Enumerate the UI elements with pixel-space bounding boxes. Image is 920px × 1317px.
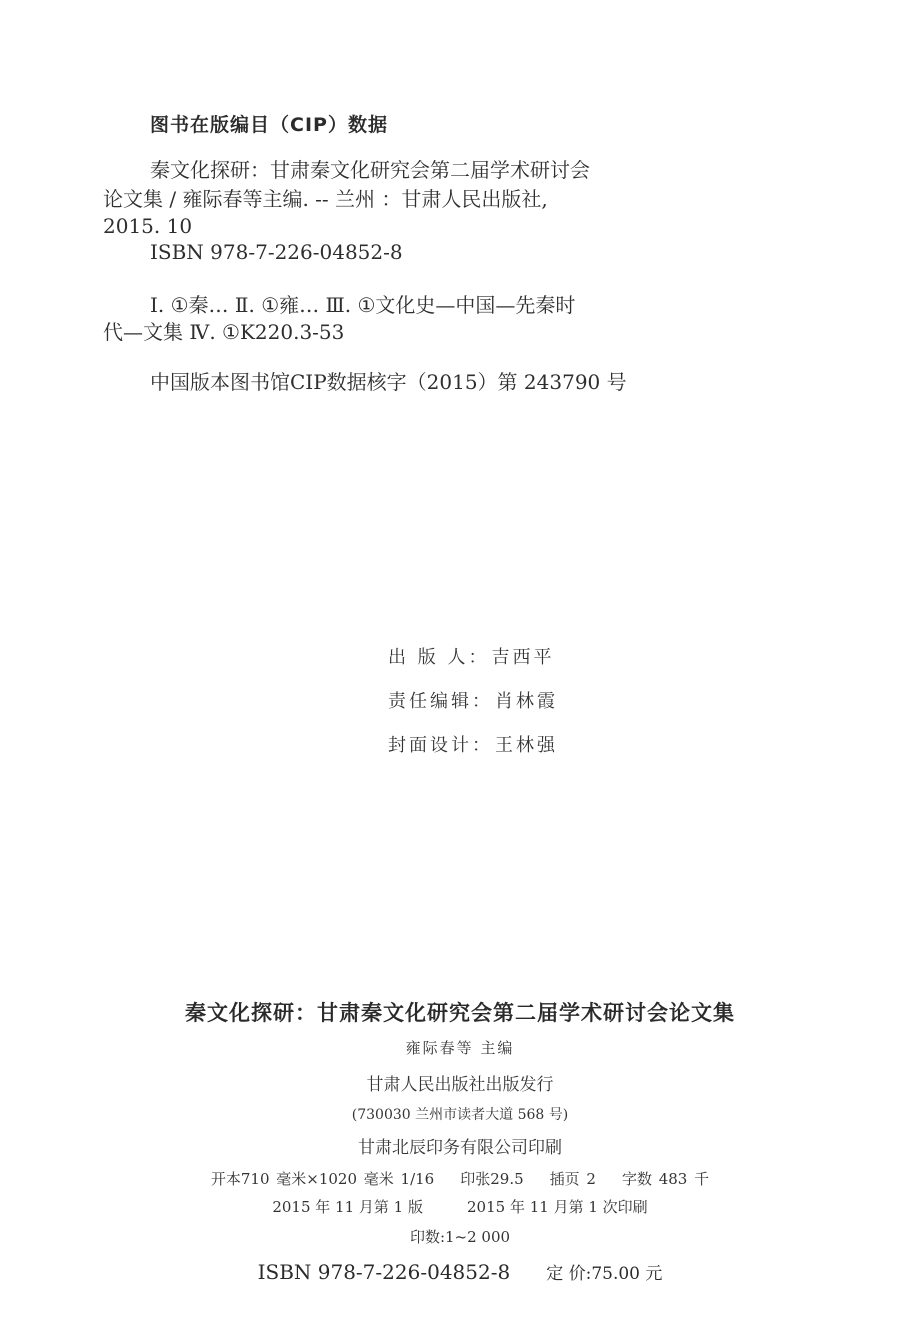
credit-editor: 责任编辑：肖林霞: [388, 693, 558, 711]
colophon-price: 定 价:75.00 元: [546, 1264, 662, 1284]
printing-date: 2015 年 11 月第 1 次印刷: [467, 1198, 648, 1216]
cip-classification-line-2: 代—文集 Ⅳ. ①K220.3-53: [103, 322, 344, 342]
cip-classification-line-1: Ⅰ. ①秦… Ⅱ. ①雍… Ⅲ. ①文化史—中国—先秦时: [150, 295, 575, 315]
colophon-dates: 2015 年 11 月第 1 版2015 年 11 月第 1 次印刷: [0, 1200, 920, 1215]
spec-format: 开本710 毫米×1020 毫米 1/16: [211, 1170, 434, 1188]
cip-title-line-2: 论文集 / 雍际春等主编. -- 兰州 ：甘肃人民出版社,: [103, 189, 548, 209]
edition-date: 2015 年 11 月第 1 版: [272, 1198, 423, 1216]
credit-publisher: 出 版 人：吉西平: [388, 649, 554, 667]
spec-word-count: 字数 483 千: [622, 1170, 709, 1188]
colophon-publisher: 甘肃人民出版社出版发行: [0, 1077, 920, 1094]
cip-title-line-1: 秦文化探研：甘肃秦文化研究会第二届学术研讨会: [150, 160, 590, 180]
cip-date: 2015. 10: [103, 216, 192, 236]
credit-value: 肖林霞: [495, 691, 558, 712]
colophon-print-count: 印数:1~2 000: [0, 1230, 920, 1245]
credit-value: 王林强: [495, 735, 558, 756]
colophon-isbn: ISBN 978-7-226-04852-8: [258, 1260, 511, 1284]
colophon-title: 秦文化探研：甘肃秦文化研究会第二届学术研讨会论文集: [0, 1003, 920, 1024]
colophon-isbn-price: ISBN 978-7-226-04852-8定 价:75.00 元: [0, 1262, 920, 1283]
cip-heading: 图书在版编目（CIP）数据: [150, 116, 388, 135]
credit-label: 封面设计：: [388, 735, 493, 756]
colophon-printer: 甘肃北辰印务有限公司印刷: [0, 1140, 920, 1157]
cip-record-number: 中国版本图书馆CIP数据核字（2015）第 243790 号: [150, 372, 627, 392]
cip-isbn: ISBN 978-7-226-04852-8: [150, 242, 403, 262]
colophon-editor: 雍际春等 主编: [0, 1041, 920, 1056]
credit-cover-design: 封面设计：王林强: [388, 737, 558, 755]
credit-label: 责任编辑：: [388, 691, 493, 712]
spec-plates: 插页 2: [550, 1170, 596, 1188]
colophon-specs: 开本710 毫米×1020 毫米 1/16印张29.5插页 2字数 483 千: [0, 1172, 920, 1187]
spec-sheets: 印张29.5: [460, 1170, 523, 1188]
credit-value: 吉西平: [491, 647, 554, 668]
credit-label: 出 版 人：: [388, 647, 489, 668]
colophon-address: (730030 兰州市读者大道 568 号): [0, 1108, 920, 1122]
